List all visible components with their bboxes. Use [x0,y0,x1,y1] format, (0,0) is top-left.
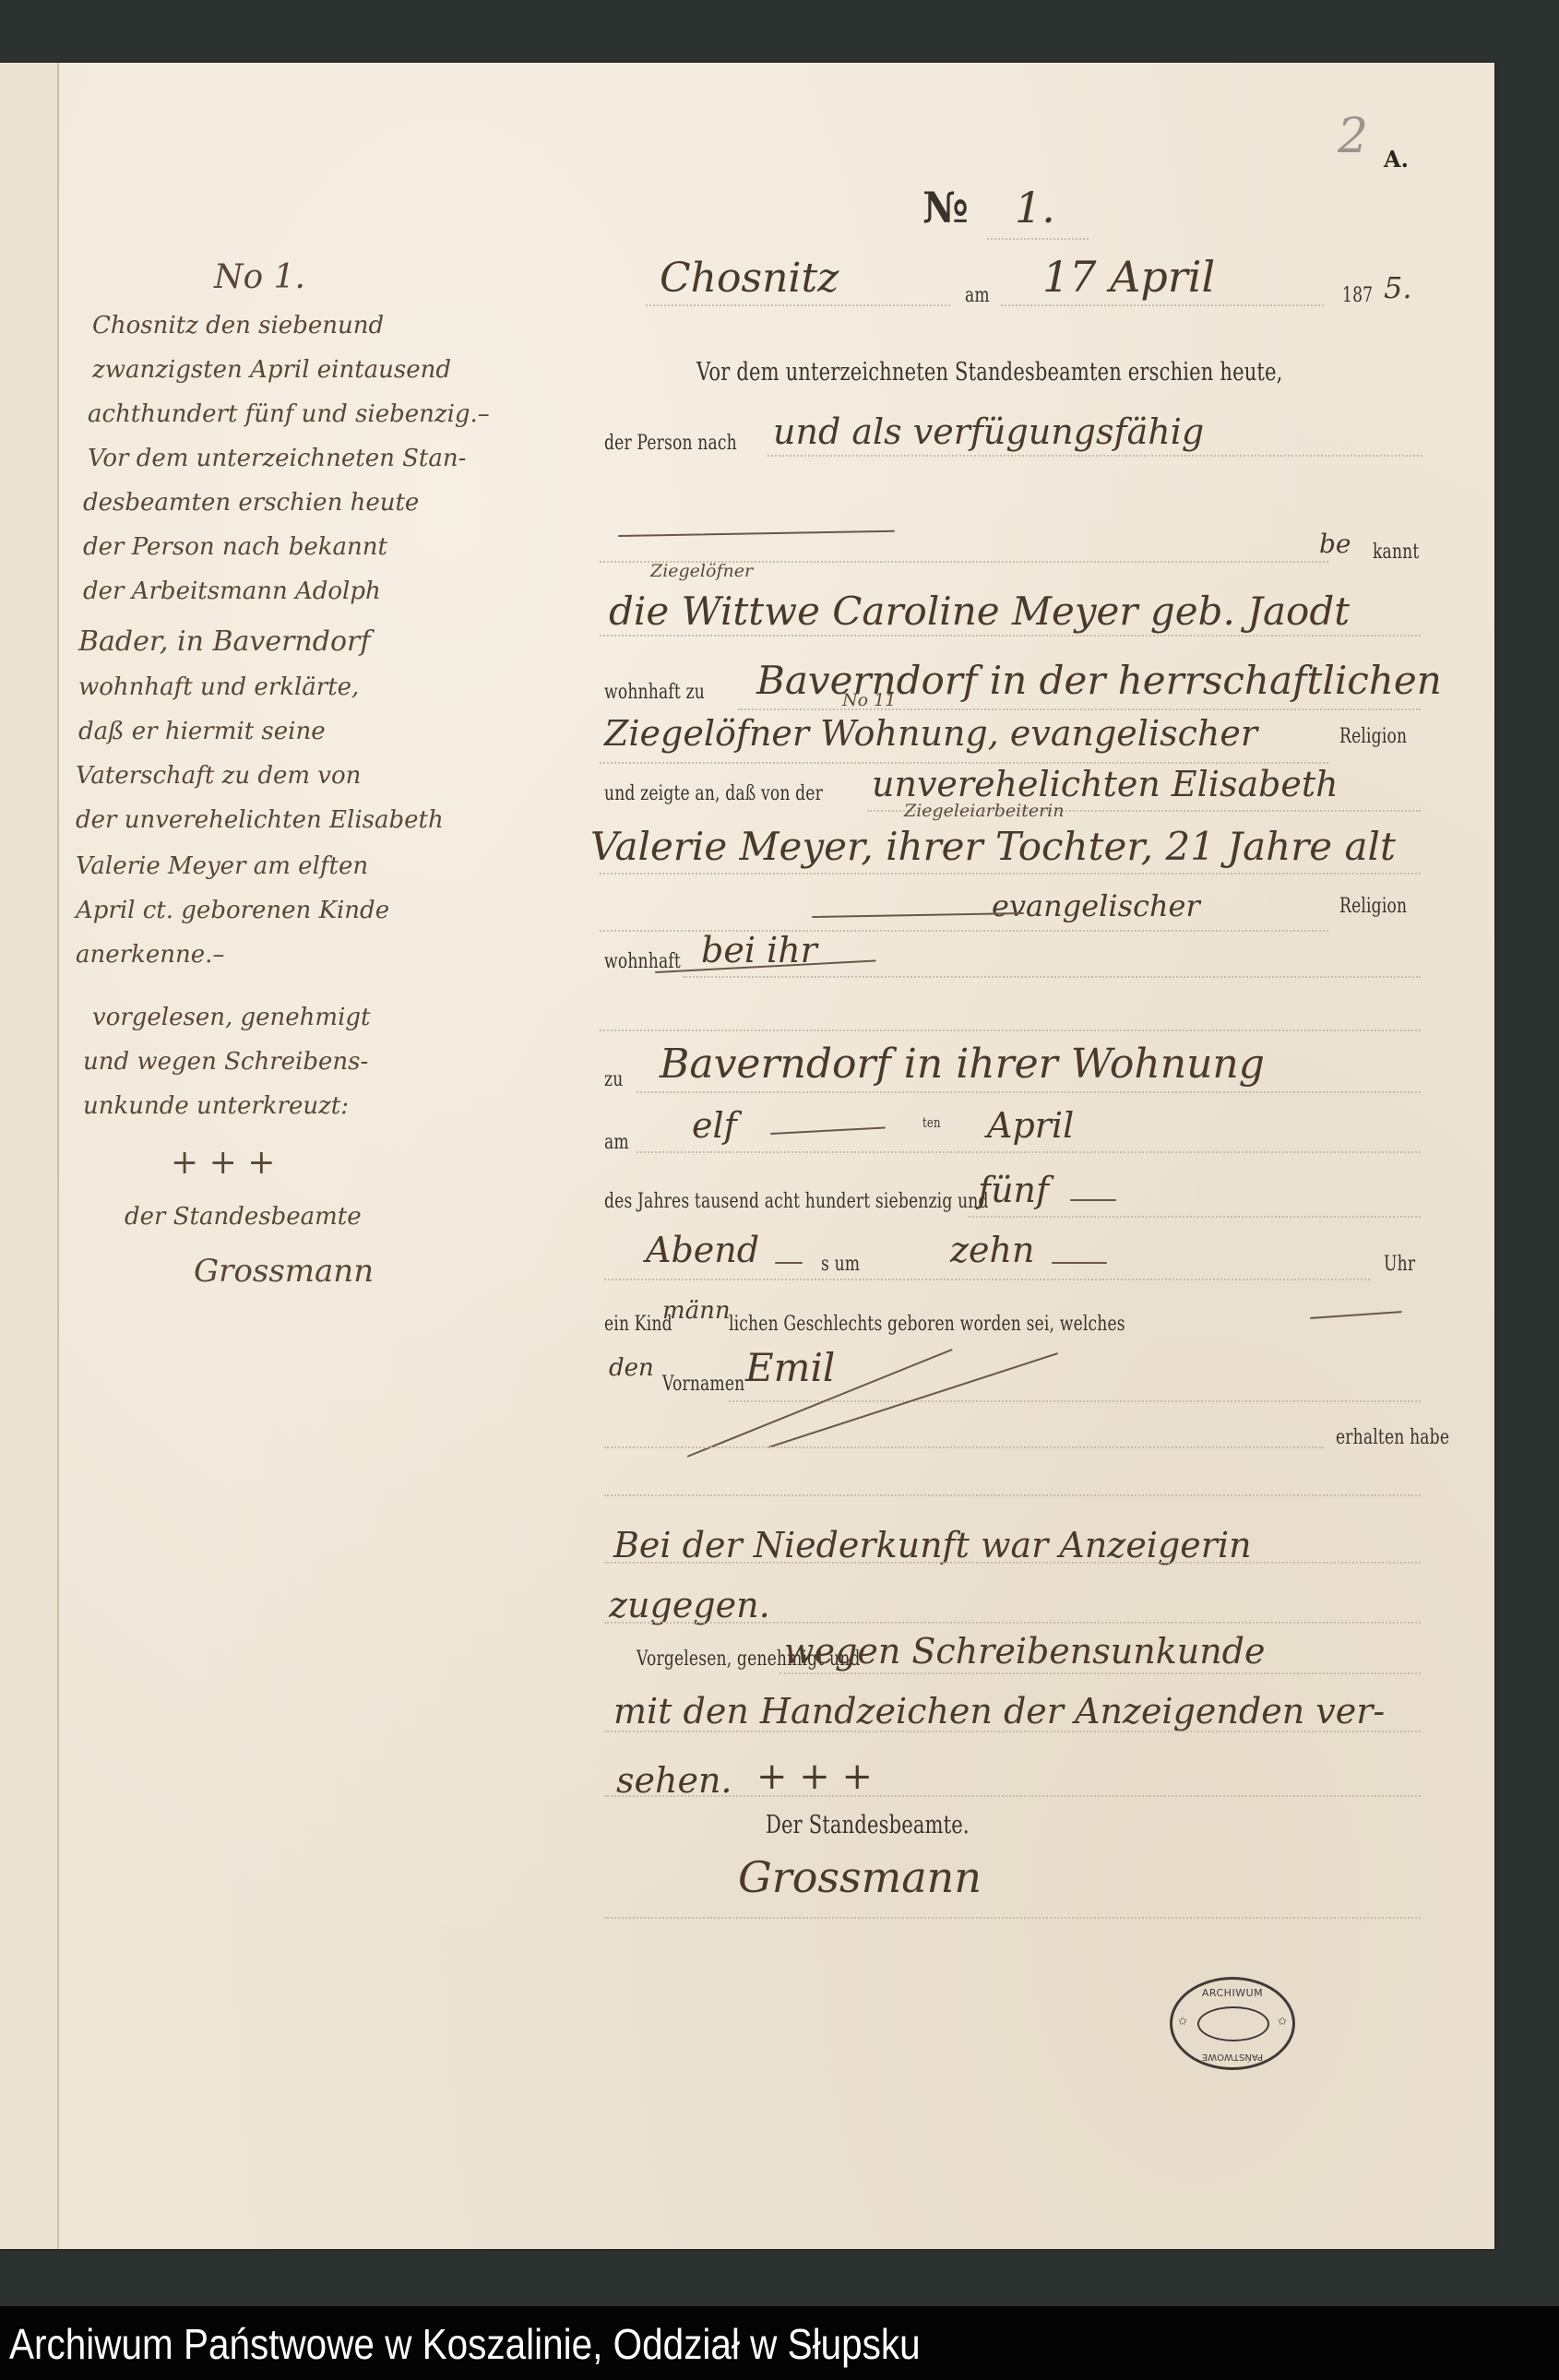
announce-field: unverehelichten Elisabeth [872,764,1339,804]
dotted-line [969,1216,1421,1218]
margin-note-line: April ct. geborenen Kinde [76,897,389,924]
official-title: Der Standesbeamte. [766,1811,970,1839]
dotted-line [768,455,1422,457]
margin-note-line: Vor dem unterzeichneten Stan- [88,445,466,472]
child-text-b: lichen Geschlechts geboren worden sei, w… [729,1313,1125,1336]
stamp-inner-oval [1197,2006,1269,2041]
birth-year-field: fünf [978,1170,1049,1210]
star-icon: ✩ [1178,2015,1187,2028]
fill-stroke [1070,1199,1116,1201]
dotted-line [600,635,1421,637]
house-number-superscript: No 11 [842,690,896,710]
dotted-line [600,873,1421,875]
dotted-line [600,1029,1421,1031]
person-label: der Person nach [604,432,737,455]
margin-marks: + + + [171,1144,275,1182]
official-signature: Grossmann [738,1852,982,1902]
birth-month-field: April [987,1105,1074,1146]
register-number-label: № [922,183,969,232]
dotted-line [604,1795,1421,1797]
register-number-value: 1. [1015,183,1055,232]
birth-hour-field: zehn [950,1230,1034,1270]
firstname-label: Vornamen [662,1373,744,1396]
mother-religion-field: evangelischer [992,888,1200,923]
stamp-bottom-text: PAŃSTWOWE [1172,2052,1292,2062]
religion-label: Religion [1339,725,1407,748]
margin-official: der Standesbeamte [125,1203,362,1231]
caption-bar: Archiwum Państwowe w Koszalinie, Oddział… [0,2306,1559,2380]
star-icon: ✩ [1278,2015,1287,2028]
dotted-line [604,1622,1421,1624]
margin-closing-line: unkunde unterkreuzt: [83,1092,349,1120]
informant-field: die Wittwe Caroline Meyer geb. Jaodt [609,589,1350,634]
dotted-line [987,238,1089,240]
year-printed: 187 [1342,284,1373,307]
firstname-field: Emil [745,1345,835,1390]
birth-day-field: elf [692,1105,737,1146]
read-line-1: wegen Schreibensunkunde [784,1631,1266,1672]
dotted-line [637,1151,1421,1153]
dotted-line [604,1446,1324,1448]
announce-text: und zeigte an, daß von der [604,782,823,805]
margin-note-line: der unverehelichten Elisabeth [76,806,444,834]
archive-caption: Archiwum Państwowe w Koszalinie, Oddział… [9,2319,921,2369]
birth-place-label: zu [604,1068,623,1091]
firstname-prefix: den [609,1354,654,1382]
birth-day-label: am [604,1131,629,1154]
margin-note-line: Chosnitz den siebenund [92,312,384,339]
fill-stroke [618,530,895,537]
mother-field: Valerie Meyer, ihrer Tochter, 21 Jahre a… [590,824,1396,869]
pencil-page-number: 2 [1338,109,1368,164]
margin-note-title: No 1. [214,258,305,296]
read-line-2: mit den Handzeichen der Anzeigenden ver- [613,1691,1385,1731]
dotted-line [604,1731,1421,1732]
residence-label: wohnhaft zu [604,681,705,704]
informant-marks: + + + [756,1755,873,1798]
margin-closing-line: und wegen Schreibens- [83,1048,368,1076]
dotted-line [637,1091,1421,1093]
child-sex-field: männ [662,1297,731,1325]
stamp-top-text: ARCHIWUM [1172,1987,1292,1999]
remark-line-1: Bei der Niederkunft war Anzeigerin [613,1525,1252,1565]
archive-stamp: ARCHIWUM ✩ ✩ PAŃSTWOWE [1170,1977,1295,2070]
margin-note-line: daß er hiermit seine [78,718,326,745]
margin-note-line: Valerie Meyer am elften [76,852,368,880]
known-field: be [1319,529,1351,559]
margin-note-line: wohnhaft und erklärte, [78,673,359,701]
known-label: kannt [1373,541,1419,564]
intro-text: Vor dem unterzeichneten Standesbeamten e… [696,358,1283,387]
fill-stroke [775,1262,803,1264]
residence-field-2: Ziegelöfner Wohnung, evangelischer [604,713,1257,754]
binding-fold [0,63,59,2249]
birth-year-text: des Jahres tausend acht hundert siebenzi… [604,1190,989,1213]
margin-closing-line: vorgelesen, genehmigt [92,1004,370,1031]
date-field: 17 April [1042,252,1215,302]
birth-time-suffix: s um [821,1253,860,1276]
dotted-line [646,304,950,306]
remark-line-2: zugegen. [609,1585,770,1625]
margin-note-line: achthundert fünf und siebenzig.– [88,400,490,428]
margin-note-line: zwanzigsten April eintausend [92,356,451,384]
birth-day-suffix: ten [922,1114,941,1131]
dotted-line [604,1494,1421,1496]
dotted-line [604,1917,1421,1919]
dotted-line [738,708,1421,710]
dotted-line [729,1400,1421,1402]
dotted-line [1001,304,1324,306]
mother-residence-label: wohnhaft [604,950,681,973]
margin-note-line: der Arbeitsmann Adolph [83,577,381,605]
mother-religion-label: Religion [1339,895,1407,918]
margin-note-line: desbeamten erschien heute [83,489,419,517]
fill-stroke [1052,1262,1107,1264]
margin-note-line: Vaterschaft zu dem von [76,762,361,790]
received-label: erhalten habe [1336,1426,1449,1449]
occupation-superscript: Ziegelöfner [650,561,753,581]
mother-occupation-superscript: Ziegeleiarbeiterin [904,801,1065,821]
margin-note-line: anerkenne.– [76,941,224,969]
dotted-line [683,976,1421,978]
person-field: und als verfügungsfähig [773,411,1204,452]
place-field: Chosnitz [660,255,839,302]
dotted-line [779,1672,1421,1674]
date-label: am [965,284,990,307]
fill-stroke [1310,1311,1402,1319]
fill-stroke [770,1126,886,1135]
margin-note-line: der Person nach bekannt [83,533,387,561]
birth-hour-label: Uhr [1384,1253,1415,1276]
birth-place-field: Baverndorf in ihrer Wohnung [660,1041,1265,1088]
dotted-line [604,1562,1421,1564]
year-field: 5. [1384,270,1412,305]
birth-time-field: Abend [646,1230,759,1270]
mother-residence-field: bei ihr [701,930,817,970]
margin-note-line: Bader, in Baverndorf [78,625,370,658]
dotted-line [604,1279,1370,1280]
form-letter: A. [1384,146,1409,173]
register-page: 2 A. № 1. Chosnitz am 17 April 187 5. Vo… [0,63,1494,2249]
margin-signature: Grossmann [194,1253,374,1290]
